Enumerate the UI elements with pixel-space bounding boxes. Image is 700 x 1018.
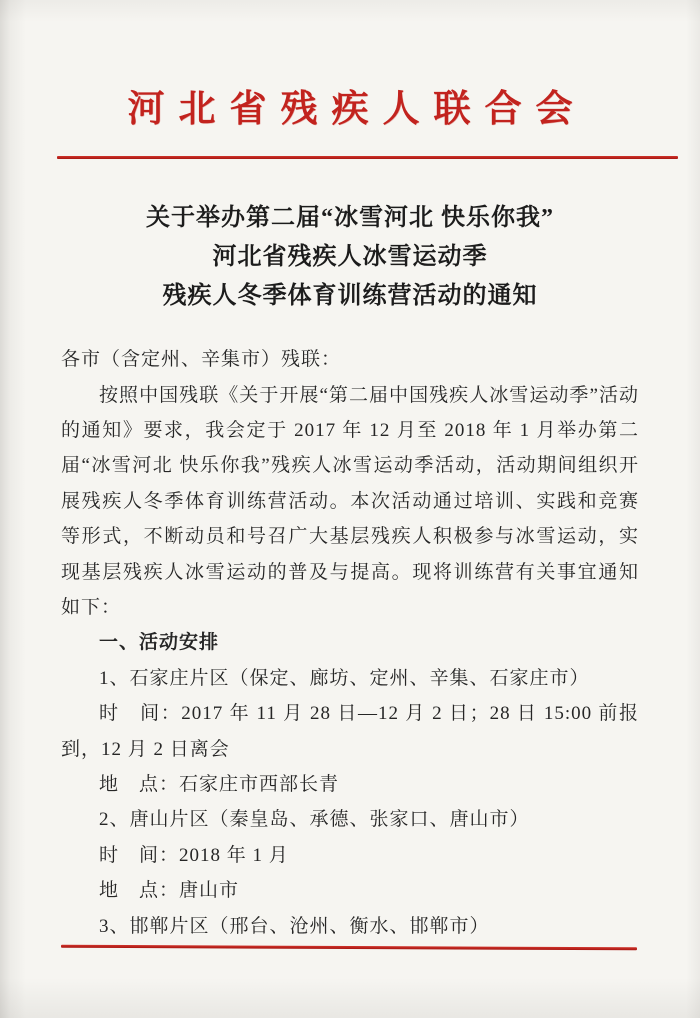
section-heading-activity-arrangement: 一、活动安排	[61, 625, 639, 660]
item-shijiazhuang-area: 1、石家庄片区（保定、廊坊、定州、辛集、石家庄市）	[61, 661, 639, 696]
item-shijiazhuang-location: 地 点：石家庄市西部长青	[61, 767, 639, 802]
document-title-line-1: 关于举办第二届“冰雪河北 快乐你我”	[0, 199, 700, 238]
item-handan-area: 3、邯郸片区（邢台、沧州、衡水、邯郸市）	[61, 909, 639, 944]
letterhead-org-name: 河北省残疾人联合会	[0, 0, 700, 134]
document-page: 河北省残疾人联合会 关于举办第二届“冰雪河北 快乐你我” 河北省残疾人冰雪运动季…	[0, 0, 700, 1018]
document-body: 各市（含定州、辛集市）残联： 按照中国残联《关于开展“第二届中国残疾人冰雪运动季…	[61, 342, 639, 944]
salutation: 各市（含定州、辛集市）残联：	[61, 342, 639, 377]
document-title: 关于举办第二届“冰雪河北 快乐你我” 河北省残疾人冰雪运动季 残疾人冬季体育训练…	[0, 199, 700, 316]
item-shijiazhuang-time: 时 间：2017 年 11 月 28 日—12 月 2 日；28 日 15:00…	[61, 696, 639, 767]
item-tangshan-area: 2、唐山片区（秦皇岛、承德、张家口、唐山市）	[61, 802, 639, 837]
document-title-line-3: 残疾人冬季体育训练营活动的通知	[0, 277, 700, 316]
item-tangshan-time: 时 间：2018 年 1 月	[61, 838, 639, 873]
item-tangshan-location: 地 点：唐山市	[61, 873, 639, 908]
footer-rule	[61, 945, 637, 951]
intro-paragraph: 按照中国残联《关于开展“第二届中国残疾人冰雪运动季”活动的通知》要求，我会定于 …	[61, 378, 639, 626]
letterhead-divider-rule	[57, 156, 678, 159]
document-title-line-2: 河北省残疾人冰雪运动季	[0, 238, 700, 277]
